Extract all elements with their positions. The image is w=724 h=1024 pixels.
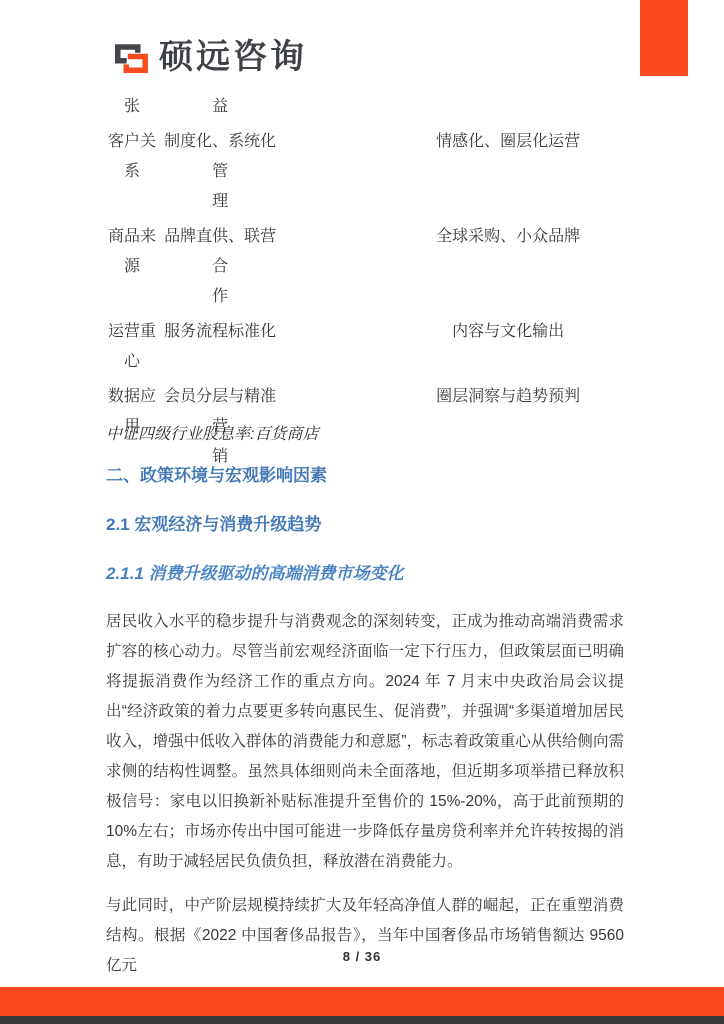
table-cell: 制度化、系统化管理: [163, 127, 277, 217]
table-cell: 运营重心: [104, 317, 160, 377]
content-flow: 中证四级行业股息率:百货商店 二、政策环境与宏观影响因素 2.1 宏观经济与消费…: [106, 421, 624, 981]
table-cell-line: 服务流程标准化: [163, 317, 277, 347]
table-cell: 客户关系: [104, 127, 160, 217]
table-cell: 全球采购、小众品牌: [412, 222, 604, 312]
table-row: 客户关系制度化、系统化管理情感化、圈层化运营: [104, 127, 604, 217]
table-cell: 张: [104, 92, 160, 122]
brand-name: 硕远咨询: [159, 40, 307, 74]
logo-orange-hook: [126, 56, 145, 70]
comparison-table: 张益客户关系制度化、系统化管理情感化、圈层化运营商品来源品牌直供、联营合作全球采…: [104, 92, 604, 477]
section-heading: 二、政策环境与宏观影响因素: [106, 461, 624, 486]
footer-accent-bar: [0, 987, 724, 1016]
page-number: 8 / 36: [0, 949, 724, 964]
table-cell: 内容与文化输出: [412, 317, 604, 377]
table-cell-line: 益: [163, 92, 277, 122]
table-cell-line: 源: [104, 252, 160, 282]
table-row: 张益: [104, 92, 604, 122]
document-page: 硕远咨询 张益客户关系制度化、系统化管理情感化、圈层化运营商品来源品牌直供、联营…: [0, 0, 724, 1024]
table-cell-line: 运营重: [104, 317, 160, 347]
body-paragraph: 与此同时，中产阶层规模持续扩大及年轻高净值人群的崛起，正在重塑消费结构。根据《2…: [106, 891, 624, 981]
table-cell-line: 商品来: [104, 222, 160, 252]
table-cell-line: 全球采购、小众品牌: [412, 222, 604, 252]
table-cell: [412, 92, 604, 122]
footer-dark-bar: [0, 1016, 724, 1024]
table-cell-line: 张: [104, 92, 160, 122]
table-cell-line: 品牌直供、联营合: [163, 222, 277, 282]
table-cell-line: 内容与文化输出: [412, 317, 604, 347]
table-cell: 服务流程标准化: [163, 317, 277, 377]
table-cell: 品牌直供、联营合作: [163, 222, 277, 312]
table-cell-line: 理: [163, 187, 277, 217]
table-cell: 商品来源: [104, 222, 160, 312]
table-row: 商品来源品牌直供、联营合作全球采购、小众品牌: [104, 222, 604, 312]
table-cell-line: 制度化、系统化管: [163, 127, 277, 187]
subsection-heading: 2.1 宏观经济与消费升级趋势: [106, 510, 624, 535]
table-cell-line: 心: [104, 347, 160, 377]
table-cell-line: 作: [163, 282, 277, 312]
table-cell-line: 系: [104, 157, 160, 187]
brand-logo: 硕远咨询: [113, 38, 307, 76]
brand-logo-icon: [113, 38, 151, 76]
chart-caption: 中证四级行业股息率:百货商店: [106, 421, 624, 444]
table-cell-line: 情感化、圈层化运营: [412, 127, 604, 157]
table-cell-line: 圈层洞察与趋势预判: [412, 382, 604, 412]
table-row: 运营重心服务流程标准化内容与文化输出: [104, 317, 604, 377]
table-cell-line: 数据应: [104, 382, 160, 412]
subsubsection-heading: 2.1.1 消费升级驱动的高端消费市场变化: [106, 559, 624, 584]
table-cell: 益: [163, 92, 277, 122]
body-paragraph: 居民收入水平的稳步提升与消费观念的深刻转变，正成为推动高端消费需求扩容的核心动力…: [106, 607, 624, 877]
table-cell: 情感化、圈层化运营: [412, 127, 604, 217]
header-accent-block: [640, 0, 688, 76]
table-cell-line: 客户关: [104, 127, 160, 157]
